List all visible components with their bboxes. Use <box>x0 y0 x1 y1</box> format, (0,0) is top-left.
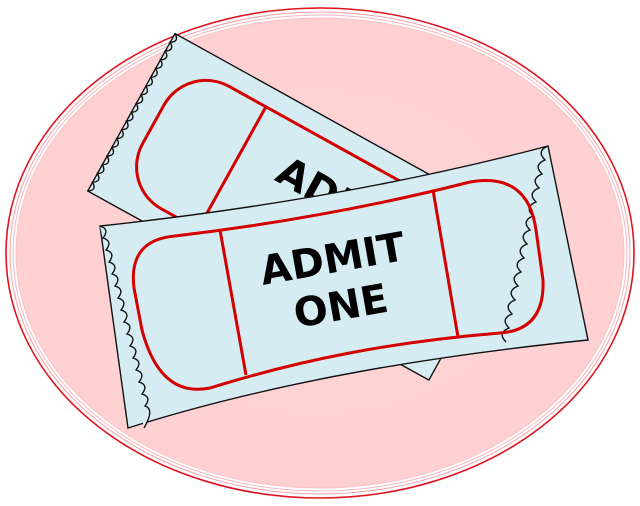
admit-one-illustration: ADMIT ONE ADMIT ONE <box>0 0 640 506</box>
